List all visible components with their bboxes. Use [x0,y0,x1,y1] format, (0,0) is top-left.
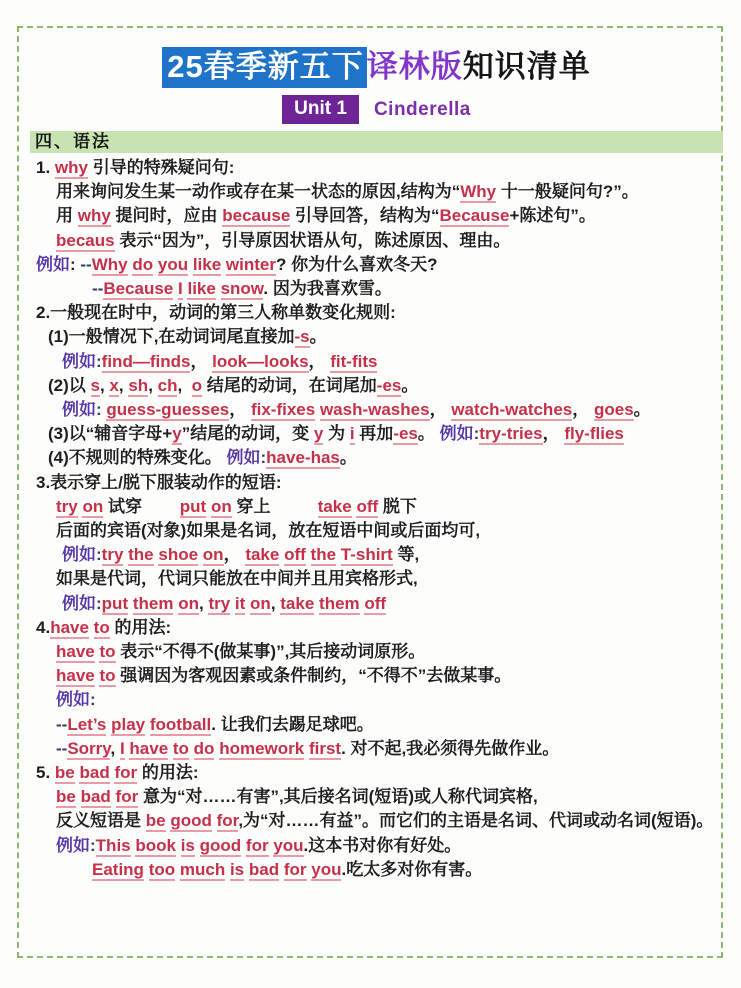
text-line: 例如: [30,688,723,712]
text-line: becaus 表示“因为”，引导原因状语从句，陈述原因、理由。 [30,229,723,253]
text-line: (4)不规则的特殊变化。 例如:have-has。 [30,446,723,470]
content-lines: 1. why 引导的特殊疑问句:用来询问发生某一动作或存在某一状态的原因,结构为… [30,156,723,882]
text-line: 如果是代词，代词只能放在中间并且用宾格形式, [30,567,723,591]
text-line: (2)以 s, x, sh, ch, o 结尾的动词，在词尾加-es。 [30,374,723,398]
title-highlight: 25春季新五下 [162,47,366,88]
text-line: have to 强调因为客观因素或条件制约，“不得不”去做某事。 [30,664,723,688]
text-line: 用来询问发生某一动作或存在某一状态的原因,结构为“Why 十一般疑问句?”。 [30,180,723,204]
text-line: 例如:put them on, try it on, take them off [30,592,723,616]
text-line: 例如: --Why do you like winter? 你为什么喜欢冬天? [30,253,723,277]
text-line: 2.一般现在时中，动词的第三人称单数变化规则: [30,301,723,325]
text-line: 3.表示穿上/脱下服装动作的短语: [30,471,723,495]
title-edition: 译林版 [367,49,463,84]
worksheet-page: 25春季新五下译林版知识清单 Unit 1 Cinderella 四、语法 1.… [0,0,741,988]
text-line: --Because I like snow. 因为我喜欢雪。 [30,277,723,301]
text-line: 例如:find—finds， look—looks， fit-fits [30,350,723,374]
text-line: (3)以“辅音字母+y”结尾的动词，变 y 为 i 再加-es。 例如:try-… [30,422,723,446]
title-rest: 知识清单 [463,49,591,84]
text-line: (1)一般情况下,在动词词尾直接加-s。 [30,325,723,349]
text-line: 例如:try the shoe on， take off the T-shirt… [30,543,723,567]
text-line: 1. why 引导的特殊疑问句: [30,156,723,180]
text-line: 后面的宾语(对象)如果是名词，放在短语中间或后面均可, [30,519,723,543]
page-title: 25春季新五下译林版知识清单 [30,45,723,88]
unit-badge: Unit 1 [282,95,359,124]
text-line: 例如:This book is good for you.这本书对你有好处。 [30,834,723,858]
text-line: 用 why 提问时，应由 because 引导回答，结构为“Because+陈述… [30,204,723,228]
text-line: --Sorry, I have to do homework first. 对不… [30,737,723,761]
text-line: --Let’s play football. 让我们去踢足球吧。 [30,713,723,737]
text-line: Eating too much is bad for you.吃太多对你有害。 [30,858,723,882]
text-line: 5. be bad for 的用法: [30,761,723,785]
page-content: 25春季新五下译林版知识清单 Unit 1 Cinderella 四、语法 1.… [30,45,723,882]
text-line: be bad for 意为“对……有害”,其后接名词(短语)或人称代词宾格, [30,785,723,809]
text-line: have to 表示“不得不(做某事)”,其后接动词原形。 [30,640,723,664]
text-line: 例如: guess-guesses， fix-fixes wash-washes… [30,398,723,422]
unit-row: Unit 1 Cinderella [30,95,723,124]
section-header-bar: 四、语法 [30,131,723,153]
text-line: 4.have to 的用法: [30,616,723,640]
text-line: 反义短语是 be good for,为“对……有益”。而它们的主语是名词、代词或… [30,809,723,833]
unit-name: Cinderella [374,99,471,121]
text-line: try on 试穿 put on 穿上 take off 脱下 [30,495,723,519]
